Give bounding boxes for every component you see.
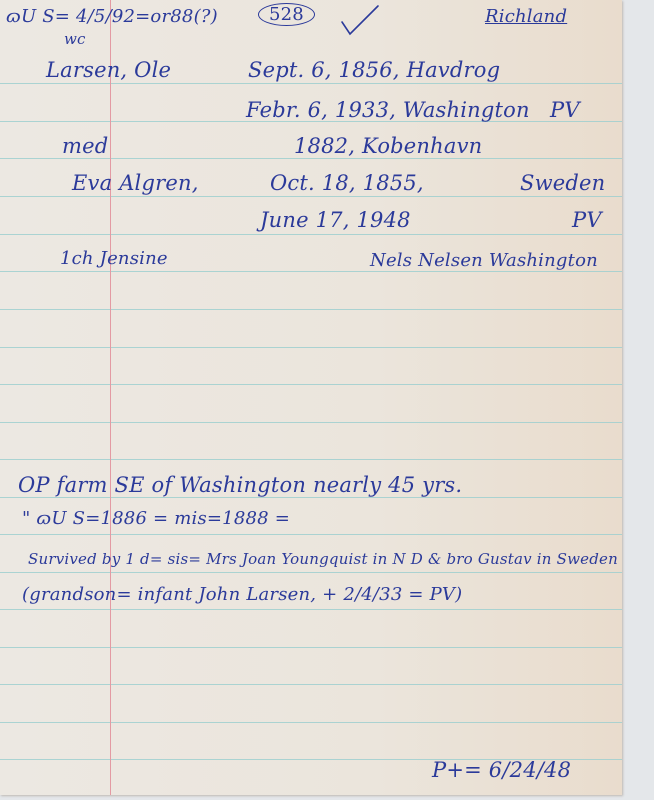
- note-line-2: " ɷU S=1886 = mis=1888 =: [22, 508, 290, 529]
- spouse-birth: Oct. 18, 1855,: [270, 171, 424, 195]
- initials: wc: [64, 30, 86, 48]
- checkmark-icon: [340, 4, 380, 36]
- spouse-birth-country: Sweden: [520, 171, 605, 195]
- children-line: 1ch Jensine: [60, 248, 168, 269]
- rule-line: [0, 196, 622, 197]
- ruled-paper-page: ɷU S= 4/5/92=or88(?) wc 528 Richland Lar…: [0, 0, 622, 795]
- note-line-1: OP farm SE of Washington nearly 45 yrs.: [18, 473, 462, 497]
- marriage-date-place: 1882, Kobenhavn: [294, 134, 482, 158]
- rule-line: [0, 158, 622, 159]
- rule-line: [0, 459, 622, 460]
- rule-line: [0, 83, 622, 84]
- subject-name: Larsen, Ole: [46, 58, 171, 82]
- spouse-name: Eva Algren,: [72, 171, 199, 195]
- record-number: 528: [258, 4, 315, 25]
- rule-line: [0, 684, 622, 685]
- rule-line: [0, 234, 622, 235]
- subject-death-note: PV: [550, 98, 580, 122]
- location-label: Richland: [485, 6, 567, 27]
- rule-line: [0, 384, 622, 385]
- spouse-death: June 17, 1948: [260, 208, 411, 232]
- note-line-4: (grandson= infant John Larsen, + 2/4/33 …: [22, 584, 462, 605]
- rule-line: [0, 647, 622, 648]
- rule-line: [0, 422, 622, 423]
- rule-line: [0, 309, 622, 310]
- rule-line: [0, 534, 622, 535]
- record-number-circled: 528: [258, 3, 315, 26]
- rule-line: [0, 572, 622, 573]
- note-line-3: Survived by 1 d= sis= Mrs Joan Youngquis…: [28, 550, 618, 568]
- rule-line: [0, 347, 622, 348]
- spouse-death-note: PV: [572, 208, 602, 232]
- rule-line: [0, 609, 622, 610]
- children-spouse-place: Nels Nelsen Washington: [370, 250, 598, 271]
- marriage-label: med: [62, 134, 108, 158]
- rule-line: [0, 497, 622, 498]
- rule-line: [0, 722, 622, 723]
- subject-death: Febr. 6, 1933, Washington: [246, 98, 530, 122]
- obituary-date: P+= 6/24/48: [432, 758, 571, 782]
- reference-note: ɷU S= 4/5/92=or88(?): [6, 6, 218, 27]
- rule-line: [0, 271, 622, 272]
- margin-line: [110, 0, 111, 795]
- subject-birth: Sept. 6, 1856, Havdrog: [248, 58, 500, 82]
